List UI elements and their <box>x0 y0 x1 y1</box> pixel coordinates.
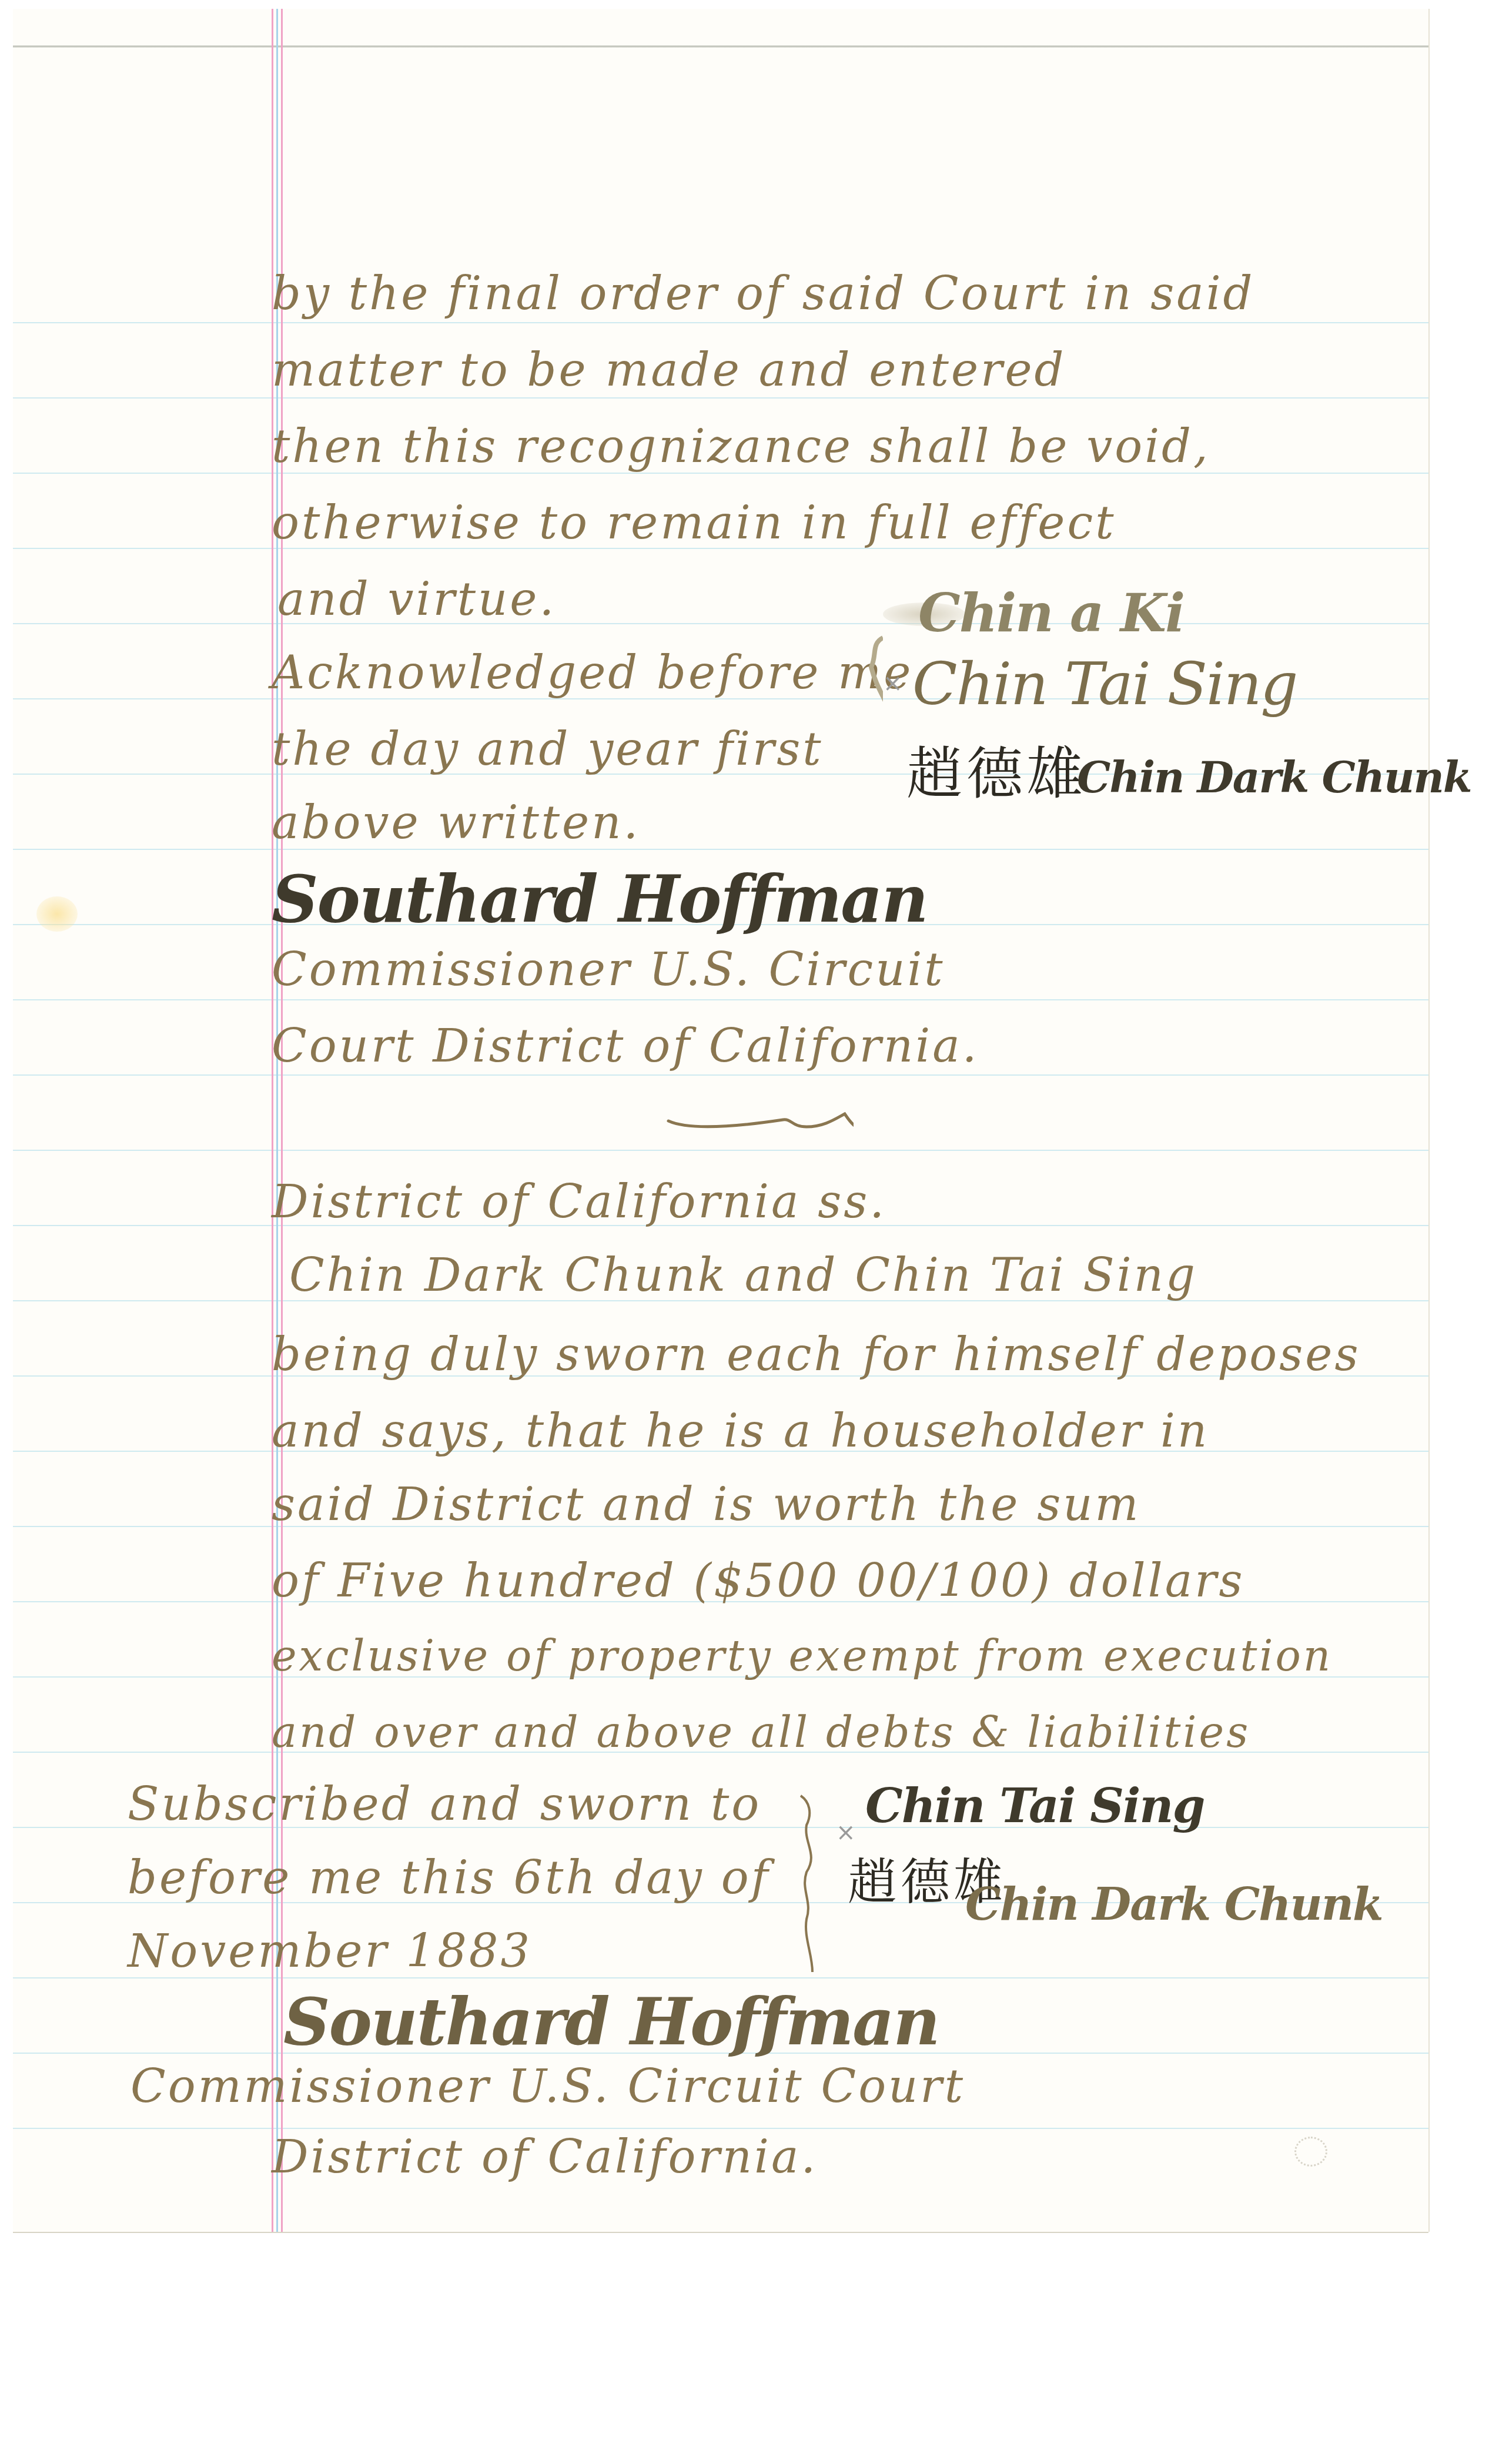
commissioner-title: Commissioner U.S. Circuit Court <box>131 2060 965 2113</box>
ruled-line <box>13 322 1428 323</box>
commissioner-signature: Southard Hoffman <box>283 1984 939 2060</box>
recognizance-line: then this recognizance shall be void, <box>272 420 1210 473</box>
affidavit-line: exclusive of property exempt from execut… <box>272 1631 1333 1680</box>
commissioner-title: District of California. <box>272 2131 818 2184</box>
faint-stamp-mark <box>1294 2137 1327 2167</box>
ruled-line <box>13 2128 1428 2129</box>
commissioner-title: Commissioner U.S. Circuit <box>272 943 945 996</box>
flourish-divider <box>665 1108 854 1143</box>
recognizance-line: by the final order of said Court in said <box>272 267 1255 320</box>
affidavit-heading: District of California ss. <box>272 1176 886 1228</box>
ruled-line <box>13 397 1428 399</box>
brace <box>795 1790 818 1978</box>
affidavit-line: Chin Dark Chunk and Chin Tai Sing <box>289 1249 1197 1302</box>
signature-chin-dark-chunk: Chin Dark Chunk <box>965 1878 1383 1930</box>
signature-chin-dark-chunk: Chin Dark Chunk <box>1077 752 1471 802</box>
recognizance-line: matter to be made and entered <box>272 344 1066 397</box>
affidavit-line: and over and above all debts & liabiliti… <box>272 1708 1250 1757</box>
acknowledgment-line: Acknowledged before me <box>272 647 913 699</box>
ruled-line <box>13 1150 1428 1151</box>
affidavit-line: and says, that he is a householder in <box>272 1405 1209 1458</box>
signature-chin-tai-sing: Chin Tai Sing <box>865 1778 1204 1833</box>
ruled-line <box>13 849 1428 850</box>
recognizance-line: and virtue. <box>277 573 556 626</box>
acknowledgment-line: above written. <box>272 796 640 849</box>
signature-chin-a-ki: Chin a Ki <box>918 582 1184 644</box>
ruled-line <box>13 1074 1428 1076</box>
recognizance-line: otherwise to remain in full effect <box>272 497 1116 550</box>
affidavit-line: of Five hundred ($500 00/100) dollars <box>272 1555 1244 1608</box>
ruled-line <box>13 999 1428 1000</box>
chinese-signature: 趙德雄 <box>906 729 1086 809</box>
jurat-line: November 1883 <box>128 1925 532 1978</box>
paper-stain <box>36 896 78 932</box>
jurat-line: before me this 6th day of <box>128 1852 771 1904</box>
brace <box>859 632 883 1090</box>
jurat-line: Subscribed and sworn to <box>128 1778 761 1831</box>
affidavit-line: said District and is worth the sum <box>272 1478 1141 1531</box>
commissioner-signature: Southard Hoffman <box>272 861 928 937</box>
signature-chin-tai-sing: Chin Tai Sing <box>912 650 1297 718</box>
affidavit-line: being duly sworn each for himself depose… <box>272 1328 1360 1381</box>
cross-mark: × <box>883 670 903 697</box>
ruled-line <box>13 623 1428 624</box>
acknowledgment-line: the day and year first <box>272 723 824 776</box>
document-page: by the final order of said Court in said… <box>13 9 1428 2232</box>
fold-line <box>13 45 1428 48</box>
